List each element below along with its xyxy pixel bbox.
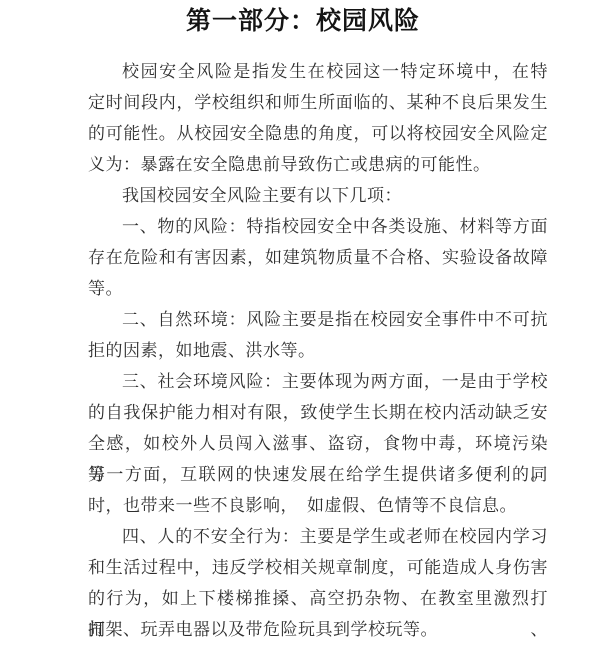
- text-line: 存在危险和有害因素，如建筑物质量不合格、实验设备故障: [88, 242, 548, 273]
- text-line: 全感，如校外人员闯入滋事、盗窃，食物中毒，环境污染等。: [88, 428, 548, 459]
- text-line: 我国校园安全风险主要有以下几项：: [88, 180, 548, 211]
- paragraph: 校园安全风险是指发生在校园这一特定环境中，在特 定时间段内，学校组织和师生所面临…: [88, 56, 548, 180]
- paragraph: 一、物的风险：特指校园安全中各类设施、材料等方面 存在危险和有害因素，如建筑物质…: [88, 211, 548, 304]
- document-body: 校园安全风险是指发生在校园这一特定环境中，在特 定时间段内，学校组织和师生所面临…: [0, 56, 606, 645]
- document-page: 第一部分：校园风险 校园安全风险是指发生在校园这一特定环境中，在特 定时间段内，…: [0, 0, 606, 655]
- page-title: 第一部分：校园风险: [0, 0, 606, 38]
- text-line: 另一方面，互联网的快速发展在给学生提供诸多便利的同: [88, 459, 548, 490]
- text-line: 四、人的不安全行为：主要是学生或老师在校园内学习: [88, 521, 548, 552]
- text-line: 一、物的风险：特指校园安全中各类设施、材料等方面: [88, 211, 548, 242]
- text-line: 三、社会环境风险：主要体现为两方面，一是由于学校: [88, 366, 548, 397]
- paragraph: 二、自然环境：风险主要是指在校园安全事件中不可抗 拒的因素，如地震、洪水等。: [88, 304, 548, 366]
- text-line: 时，也带来一些不良影响， 如虚假、色情等不良信息。: [88, 490, 548, 521]
- text-line: 拒的因素，如地震、洪水等。: [88, 335, 548, 366]
- text-line: 的行为，如上下楼梯推搡、高空扔杂物、在教室里激烈打闹、: [88, 583, 548, 614]
- paragraph: 我国校园安全风险主要有以下几项：: [88, 180, 548, 211]
- text-line: 的自我保护能力相对有限，致使学生长期在校内活动缺乏安: [88, 397, 548, 428]
- text-line: 二、自然环境：风险主要是指在校园安全事件中不可抗: [88, 304, 548, 335]
- paragraph: 三、社会环境风险：主要体现为两方面，一是由于学校 的自我保护能力相对有限，致使学…: [88, 366, 548, 521]
- text-line: 义为：暴露在安全隐患前导致伤亡或患病的可能性。: [88, 149, 548, 180]
- text-line: 等。: [88, 273, 548, 304]
- text-line: 校园安全风险是指发生在校园这一特定环境中，在特: [88, 56, 548, 87]
- text-line: 和生活过程中，违反学校相关规章制度，可能造成人身伤害: [88, 552, 548, 583]
- text-line: 定时间段内，学校组织和师生所面临的、某种不良后果发生: [88, 87, 548, 118]
- text-line: 的可能性。从校园安全隐患的角度，可以将校园安全风险定: [88, 118, 548, 149]
- paragraph: 四、人的不安全行为：主要是学生或老师在校园内学习 和生活过程中，违反学校相关规章…: [88, 521, 548, 645]
